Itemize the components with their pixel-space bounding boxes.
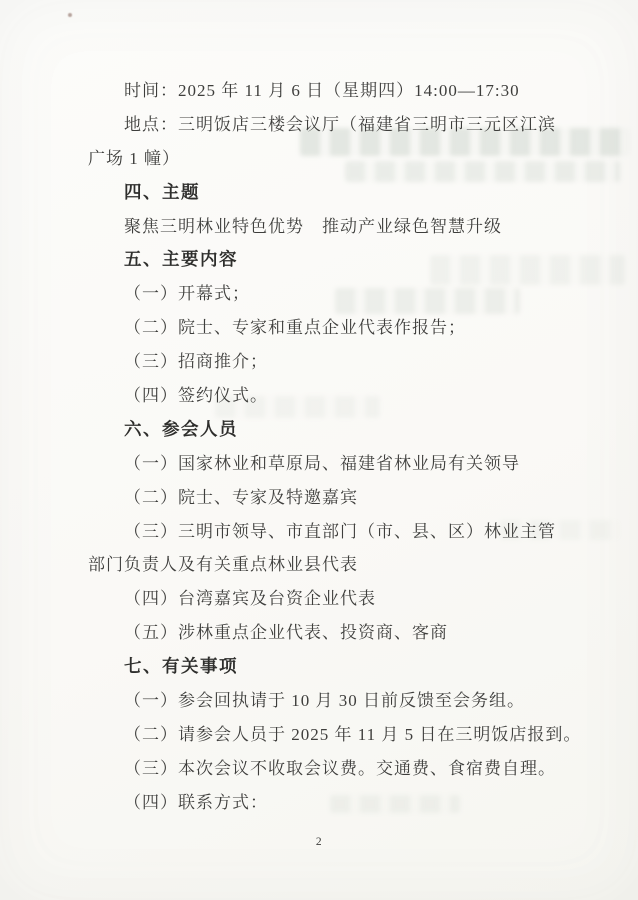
attendee-item-local-leaders: （三）三明市领导、市直部门（市、县、区）林业主管 <box>88 515 580 549</box>
scanned-document-page: 时间：2025 年 11 月 6 日（星期四）14:00—17:30 地点：三明… <box>0 0 638 900</box>
agenda-item-reports: （二）院士、专家和重点企业代表作报告； <box>88 311 580 345</box>
note-item-reply-deadline: （一）参会回执请于 10 月 30 日前反馈至会务组。 <box>88 684 580 718</box>
attendee-item-officials: （一）国家林业和草原局、福建省林业局有关领导 <box>88 447 580 481</box>
note-item-checkin: （二）请参会人员于 2025 年 11 月 5 日在三明饭店报到。 <box>88 718 580 752</box>
section-heading-agenda: 五、主要内容 <box>88 243 580 277</box>
document-body: 时间：2025 年 11 月 6 日（星期四）14:00—17:30 地点：三明… <box>88 74 580 820</box>
agenda-item-promotion: （三）招商推介； <box>88 345 580 379</box>
agenda-item-opening: （一）开幕式； <box>88 277 580 311</box>
note-item-fees: （三）本次会议不收取会议费。交通费、食宿费自理。 <box>88 752 580 786</box>
scan-dust-speck <box>68 13 72 17</box>
attendee-item-enterprises: （五）涉林重点企业代表、投资商、客商 <box>88 616 580 650</box>
section-heading-attendees: 六、参会人员 <box>88 413 580 447</box>
attendee-item-experts: （二）院士、专家及特邀嘉宾 <box>88 481 580 515</box>
line-meeting-time: 时间：2025 年 11 月 6 日（星期四）14:00—17:30 <box>88 74 580 108</box>
line-meeting-venue: 地点：三明饭店三楼会议厅（福建省三明市三元区江滨 <box>88 108 580 142</box>
line-meeting-venue-wrap: 广场 1 幢） <box>88 142 580 176</box>
agenda-item-signing: （四）签约仪式。 <box>88 379 580 413</box>
attendee-item-local-leaders-wrap: 部门负责人及有关重点林业县代表 <box>88 548 580 582</box>
note-item-contact: （四）联系方式： <box>88 786 580 820</box>
section-heading-notes: 七、有关事项 <box>88 650 580 684</box>
section-heading-theme: 四、主题 <box>88 176 580 210</box>
page-number: 2 <box>0 836 638 848</box>
line-theme-statement: 聚焦三明林业特色优势 推动产业绿色智慧升级 <box>88 210 580 244</box>
attendee-item-taiwan: （四）台湾嘉宾及台资企业代表 <box>88 582 580 616</box>
